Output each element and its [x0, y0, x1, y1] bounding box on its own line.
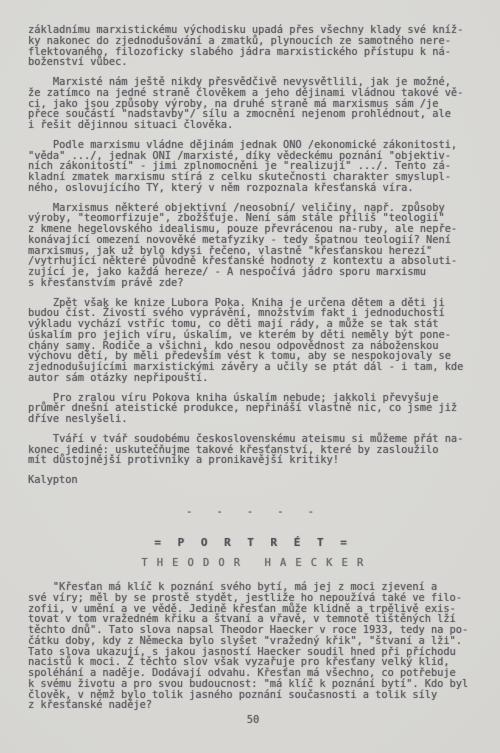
- section-separator: - - - - -: [28, 507, 478, 518]
- paragraph-4: Marxismus některé objektivní /neosobní/ …: [28, 203, 478, 289]
- paragraph-6: Pro zralou víru Pokova kniha úskalím neb…: [28, 393, 478, 425]
- portrait-subject-name: T H E O D O R H A E C K E R: [28, 558, 478, 569]
- paragraph-7: Tváří v tvář soudobému československému …: [28, 434, 478, 466]
- page-number: 50: [28, 715, 478, 726]
- paragraph-2: Marxisté nám ještě nikdy přesvědčivě nev…: [28, 77, 478, 131]
- portrait-section-heading: = P O R T R É T =: [28, 538, 478, 549]
- paragraph-1: základnímu marxistickému východisku upad…: [28, 25, 478, 68]
- article-body: základnímu marxistickému východisku upad…: [28, 25, 478, 486]
- scanned-typewritten-page: základnímu marxistickému východisku upad…: [0, 0, 500, 753]
- author-signature: Kalypton: [28, 475, 478, 486]
- paragraph-5: Zpět však ke knize Lubora Poka. Kniha je…: [28, 298, 478, 384]
- paragraph-3: Podle marxismu vládne dějinám jednak ONO…: [28, 140, 478, 194]
- portrait-paragraph: "Křesťan má klíč k poznání svého bytí, m…: [28, 582, 478, 711]
